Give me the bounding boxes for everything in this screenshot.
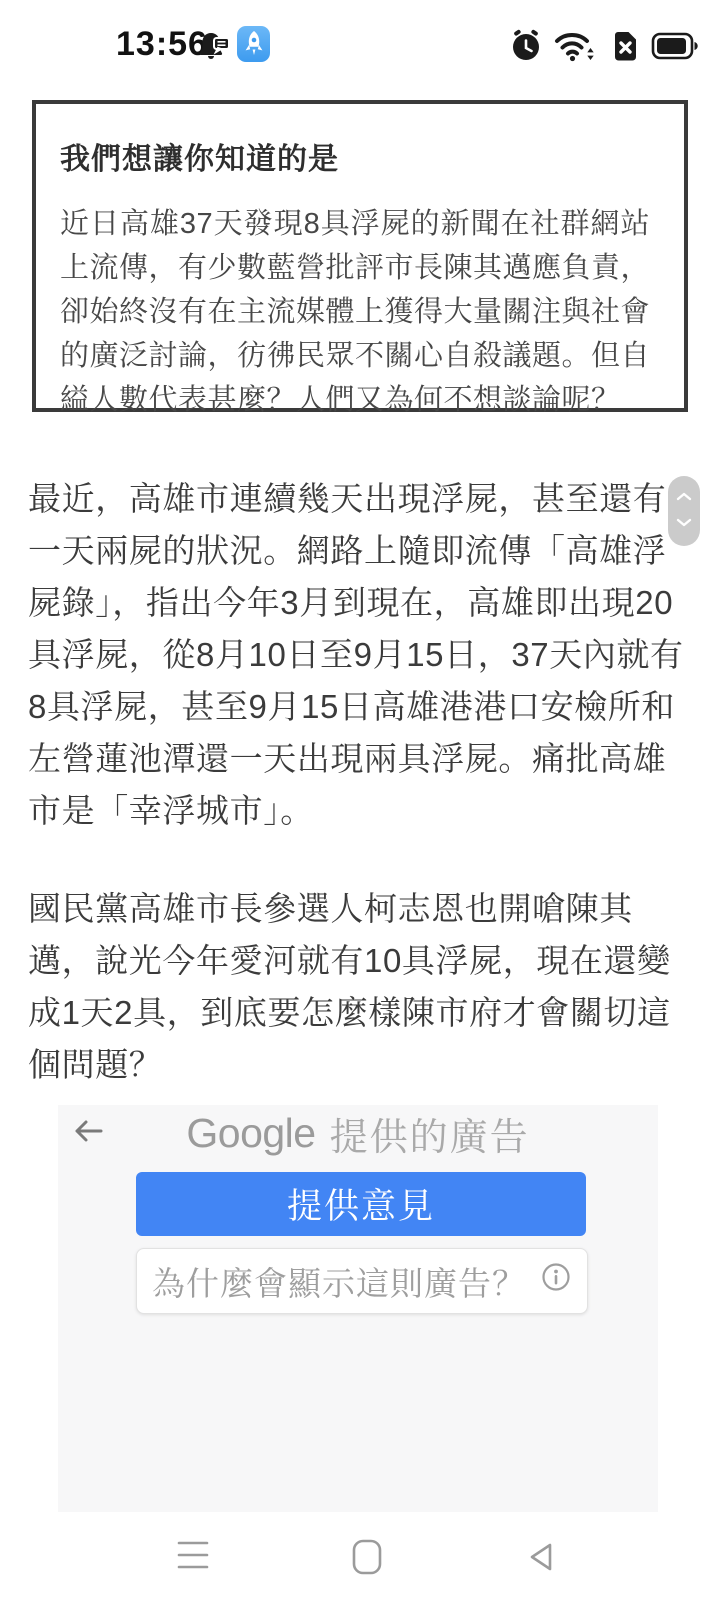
- scroll-control[interactable]: [668, 476, 700, 546]
- ad-attribution: Google 提供的廣告: [58, 1107, 658, 1159]
- google-wordmark: Google: [186, 1110, 315, 1157]
- editor-note-title: 我們想讓你知道的是: [60, 134, 650, 178]
- alarm-clock-icon: [508, 28, 544, 69]
- google-ad-panel: Google 提供的廣告 提供意見 為什麼會顯示這則廣告？: [58, 1105, 658, 1512]
- back-icon[interactable]: [526, 1540, 556, 1579]
- notification-bell-icon: [197, 29, 231, 68]
- sim-disabled-icon: [606, 28, 642, 69]
- why-this-ad-label: 為什麼會顯示這則廣告？: [152, 1258, 526, 1305]
- rocket-app-icon: [237, 26, 270, 62]
- info-icon: [540, 1261, 572, 1301]
- status-icons-right: [508, 28, 699, 69]
- chevron-down-icon[interactable]: [675, 515, 693, 533]
- status-time: 13:56: [116, 25, 208, 64]
- home-icon[interactable]: [352, 1539, 382, 1580]
- why-this-ad-button[interactable]: 為什麼會顯示這則廣告？: [136, 1248, 588, 1314]
- menu-icon[interactable]: [177, 1540, 209, 1577]
- ad-feedback-button[interactable]: 提供意見: [136, 1172, 586, 1236]
- wifi-icon: [553, 28, 597, 69]
- ad-attribution-text: 提供的廣告: [330, 1106, 530, 1161]
- editor-note-box: 我們想讓你知道的是 近日高雄37天發現8具浮屍的新聞在社群網站上流傳，有少數藍營…: [32, 100, 688, 412]
- chevron-up-icon[interactable]: [675, 489, 693, 507]
- article-paragraph-1: 最近，高雄市連續幾天出現浮屍，甚至還有一天兩屍的狀況。網路上隨即流傳「高雄浮屍錄…: [28, 473, 694, 837]
- article-paragraph-2: 國民黨高雄市長參選人柯志恩也開嗆陳其邁，說光今年愛河就有10具浮屍，現在還變成1…: [28, 883, 694, 1091]
- battery-icon: [651, 31, 699, 66]
- editor-note-body: 近日高雄37天發現8具浮屍的新聞在社群網站上流傳，有少數藍營批評市長陳其邁應負責…: [60, 202, 650, 422]
